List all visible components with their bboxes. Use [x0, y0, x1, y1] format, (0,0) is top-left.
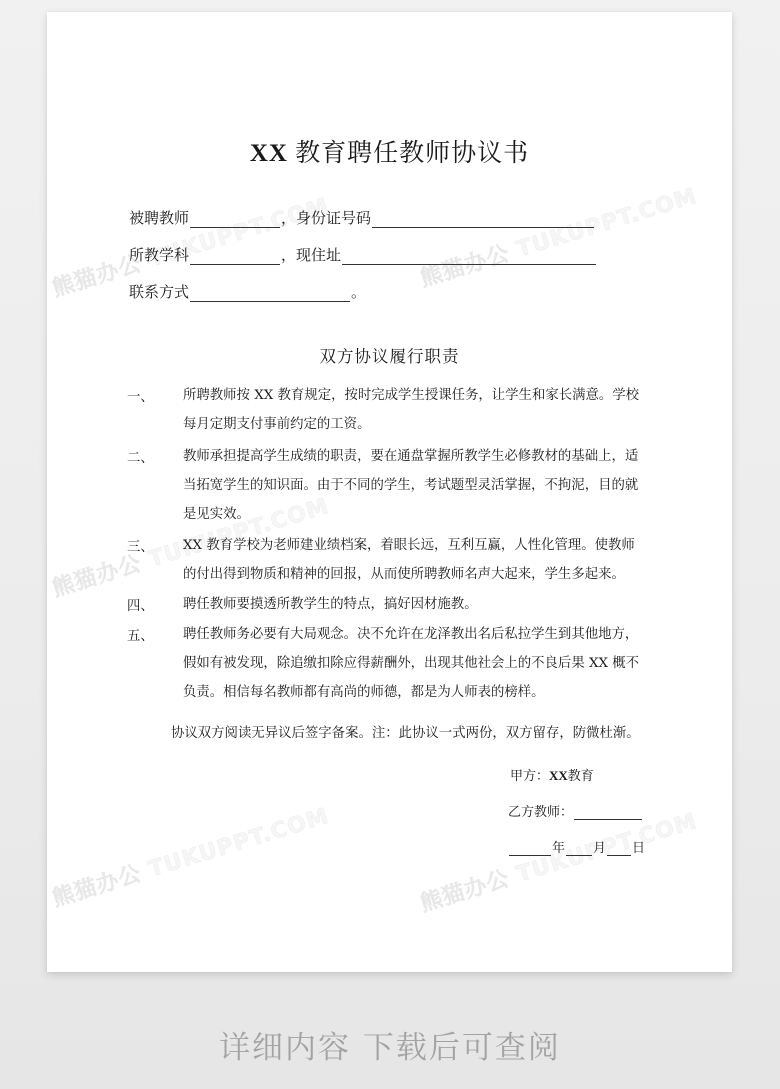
field-label: 现住址 [296, 245, 341, 265]
field-separator: ， [281, 245, 296, 265]
agreement-note: 协议双方阅读无异议后签字备案。注：此协议一式两份，双方留存，防微杜渐。 [171, 722, 640, 741]
clause-number: 二、 [127, 447, 177, 466]
clause-line: 所聘教师按 XX 教育规定，按时完成学生授课任务，让学生和家长满意。学校 [183, 386, 639, 406]
watermark: 熊猫办公 TUKUPPT.COM [48, 799, 333, 913]
section-title: 双方协议履行职责 [47, 343, 732, 367]
clause-line: 聘任教师务必要有大局观念。决不允许在龙泽教出名后私拉学生到其他地方， [183, 625, 638, 645]
clause-line: 的付出得到物质和精神的回报，从而使所聘教师名声大起来，学生多起来。 [183, 565, 625, 585]
day-label: 日 [632, 837, 645, 856]
contact-blank[interactable] [190, 285, 350, 302]
clause-number: 一、 [127, 386, 177, 405]
clause-line: 假如有被发现，除追缴扣除应得薪酬外，出现其他社会上的不良后果 XX 概不 [183, 654, 639, 674]
document-title: XX 教育聘任教师协议书 [47, 133, 732, 169]
party-b-signature: 乙方教师： [508, 801, 643, 820]
clause-line: 负责。相信每名教师都有高尚的师德，都是为人师表的榜样。 [183, 683, 545, 703]
clause-line: 聘任教师要摸透所教学生的特点，搞好因材施教。 [183, 595, 478, 615]
field-label: 所教学科 [129, 245, 189, 265]
clause-number: 三、 [127, 536, 177, 555]
year-label: 年 [552, 837, 565, 856]
teacher-name-blank[interactable] [190, 211, 280, 228]
clause-line: XX 教育学校为老师建业绩档案，着眼长远，互利互赢，人性化管理。使教师 [183, 536, 635, 556]
party-a-suffix: 教育 [568, 765, 594, 784]
field-row-subject: 所教学科 ， 现住址 [129, 245, 597, 265]
month-label: 月 [593, 837, 606, 856]
month-blank[interactable] [566, 841, 592, 856]
field-separator: ， [281, 208, 296, 228]
field-row-contact: 联系方式 。 [129, 282, 366, 302]
clause-line: 当拓宽学生的知识面。由于不同的学生，考试题型灵活掌握，不拘泥，目的就 [183, 476, 638, 496]
field-label: 身份证号码 [296, 208, 371, 228]
signing-date: 年 月 日 [508, 837, 645, 856]
year-blank[interactable] [509, 841, 551, 856]
document-page: 熊猫办公 TUKUPPT.COM 熊猫办公 TUKUPPT.COM 熊猫办公 T… [47, 12, 732, 972]
title-prefix: XX [250, 140, 288, 167]
subject-blank[interactable] [190, 248, 280, 265]
id-number-blank[interactable] [372, 211, 594, 228]
clause-line: 每月定期支付事前约定的工资。 [183, 415, 370, 435]
clause-line: 是见实效。 [183, 505, 250, 525]
party-b-label: 乙方教师： [508, 801, 573, 820]
clause-number: 四、 [127, 595, 177, 614]
party-a-signature: 甲方： XX 教育 [510, 765, 594, 784]
day-blank[interactable] [607, 841, 631, 856]
party-a-label: 甲方： [510, 765, 549, 784]
watermark: 熊猫办公 TUKUPPT.COM [416, 804, 701, 918]
field-end: 。 [351, 282, 366, 302]
field-label: 联系方式 [129, 282, 189, 302]
clause-line: 教师承担提高学生成绩的职责，要在通盘掌握所教学生必修教材的基础上，适 [183, 447, 638, 467]
address-blank[interactable] [342, 248, 596, 265]
party-b-signature-blank[interactable] [574, 805, 642, 820]
title-main: 教育聘任教师协议书 [295, 140, 529, 167]
watermark: 熊猫办公 TUKUPPT.COM [416, 179, 701, 293]
field-row-teacher: 被聘教师 ， 身份证号码 [129, 208, 595, 228]
clause-number: 五、 [127, 625, 177, 644]
download-hint: 详细内容 下载后可查阅 [0, 1022, 780, 1067]
party-a-value: XX [549, 768, 568, 784]
field-label: 被聘教师 [129, 208, 189, 228]
